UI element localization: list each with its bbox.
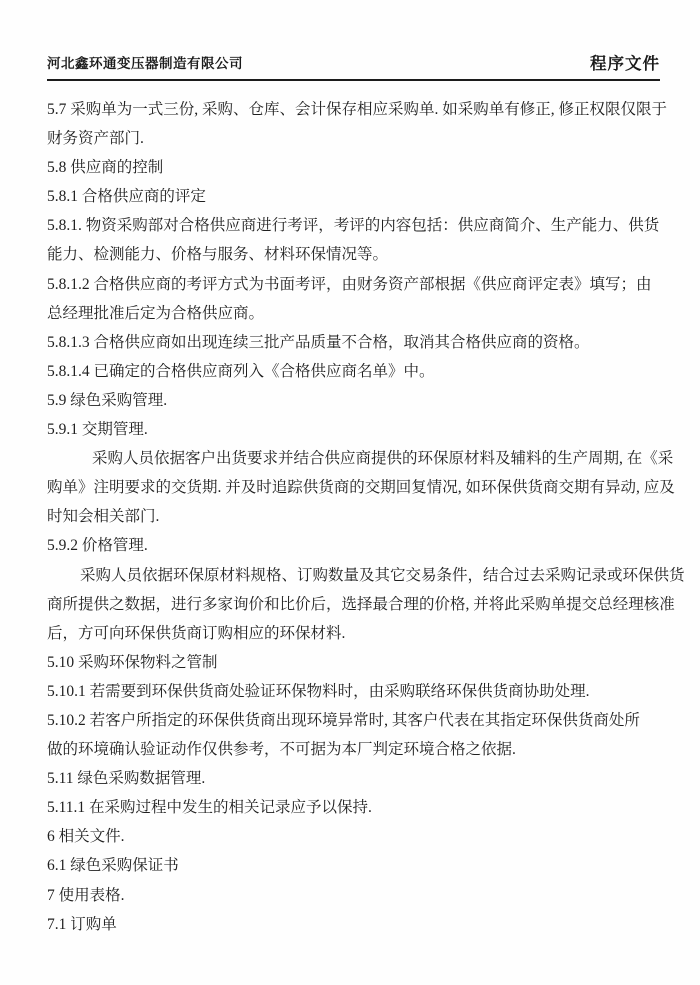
document-line: 5.8.1.2 合格供应商的考评方式为书面考评，由财务资产部根据《供应商评定表》… xyxy=(47,270,660,299)
document-line: 5.11.1 在采购过程中发生的相关记录应予以保持. xyxy=(47,793,660,822)
document-line: 做的环境确认验证动作仅供参考，不可据为本厂判定环境合格之依据. xyxy=(47,735,660,764)
document-line: 5.10.1 若需要到环保供货商处验证环保物料时，由采购联络环保供货商协助处理. xyxy=(47,677,660,706)
document-line: 采购人员依据环保原材料规格、订购数量及其它交易条件，结合过去采购记录或环保供货 xyxy=(47,561,660,590)
company-name: 河北鑫环通变压器制造有限公司 xyxy=(47,52,243,74)
document-line: 6.1 绿色采购保证书 xyxy=(47,851,660,880)
document-line: 6 相关文件. xyxy=(47,822,660,851)
document-page: 河北鑫环通变压器制造有限公司 程序文件 5.7 采购单为一式三份, 采购、仓库、… xyxy=(0,0,700,985)
document-line: 时知会相关部门. xyxy=(47,502,660,531)
document-body: 5.7 采购单为一式三份, 采购、仓库、会计保存相应采购单. 如采购单有修正, … xyxy=(47,95,660,939)
document-line: 5.8.1.3 合格供应商如出现连续三批产品质量不合格，取消其合格供应商的资格。 xyxy=(47,328,660,357)
document-line: 5.8 供应商的控制 xyxy=(47,153,660,182)
document-line: 5.9.2 价格管理. xyxy=(47,531,660,560)
document-line: 5.10 采购环保物料之管制 xyxy=(47,648,660,677)
document-type-label: 程序文件 xyxy=(590,50,660,74)
document-line: 财务资产部门. xyxy=(47,124,660,153)
document-line: 5.9 绿色采购管理. xyxy=(47,386,660,415)
document-line: 5.11 绿色采购数据管理. xyxy=(47,764,660,793)
header-rule xyxy=(47,79,660,81)
document-line: 采购人员依据客户出货要求并结合供应商提供的环保原材料及辅料的生产周期, 在《采 xyxy=(47,444,660,473)
document-line: 商所提供之数据，进行多家询价和比价后，选择最合理的价格, 并将此采购单提交总经理… xyxy=(47,590,660,619)
document-line: 5.8.1. 物资采购部对合格供应商进行考评，考评的内容包括：供应商简介、生产能… xyxy=(47,211,660,240)
document-line: 购单》注明要求的交货期. 并及时追踪供货商的交期回复情况, 如环保供货商交期有异… xyxy=(47,473,660,502)
document-line: 5.10.2 若客户所指定的环保供货商出现环境异常时, 其客户代表在其指定环保供… xyxy=(47,706,660,735)
document-line: 5.8.1.4 已确定的合格供应商列入《合格供应商名单》中。 xyxy=(47,357,660,386)
document-line: 5.8.1 合格供应商的评定 xyxy=(47,182,660,211)
document-line: 7.1 订购单 xyxy=(47,910,660,939)
document-line: 能力、检测能力、价格与服务、材料环保情况等。 xyxy=(47,240,660,269)
document-line: 5.9.1 交期管理. xyxy=(47,415,660,444)
document-line: 7 使用表格. xyxy=(47,881,660,910)
page-header: 河北鑫环通变压器制造有限公司 程序文件 xyxy=(47,50,660,74)
document-line: 总经理批准后定为合格供应商。 xyxy=(47,299,660,328)
document-line: 5.7 采购单为一式三份, 采购、仓库、会计保存相应采购单. 如采购单有修正, … xyxy=(47,95,660,124)
document-line: 后，方可向环保供货商订购相应的环保材料. xyxy=(47,619,660,648)
